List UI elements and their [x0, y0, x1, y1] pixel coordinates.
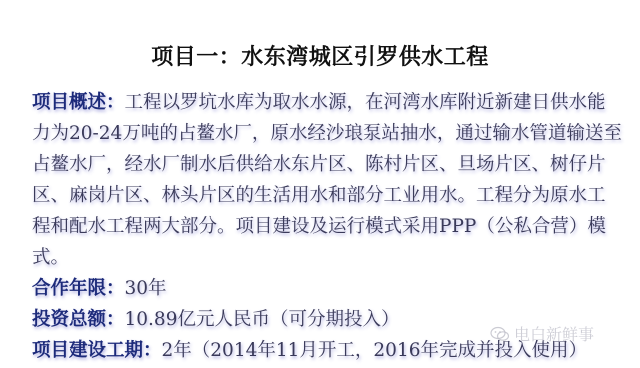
overview-text: 工程以罗坑水库为取水水源，在河湾水库附近新建日供水能力为20-24万吨的占鳌水厂… [32, 92, 622, 268]
wechat-icon [490, 326, 510, 342]
field-value: 10.89亿元人民币（可分期投入） [125, 309, 400, 330]
field-value: 30年 [125, 278, 167, 299]
field-label: 投资总额： [32, 309, 125, 330]
watermark: 电白新鲜事 [490, 322, 594, 345]
overview-paragraph: 项目概述：工程以罗坑水库为取水水源，在河湾水库附近新建日供水能力为20-24万吨… [32, 87, 622, 273]
field-cooperation-term: 合作年限：30年 [32, 273, 622, 304]
field-label: 合作年限： [32, 278, 125, 299]
field-label: 项目建设工期： [32, 340, 162, 361]
overview-label: 项目概述： [32, 92, 125, 113]
document-title: 项目一：水东湾城区引罗供水工程 [0, 40, 640, 71]
watermark-text: 电白新鲜事 [514, 322, 594, 345]
